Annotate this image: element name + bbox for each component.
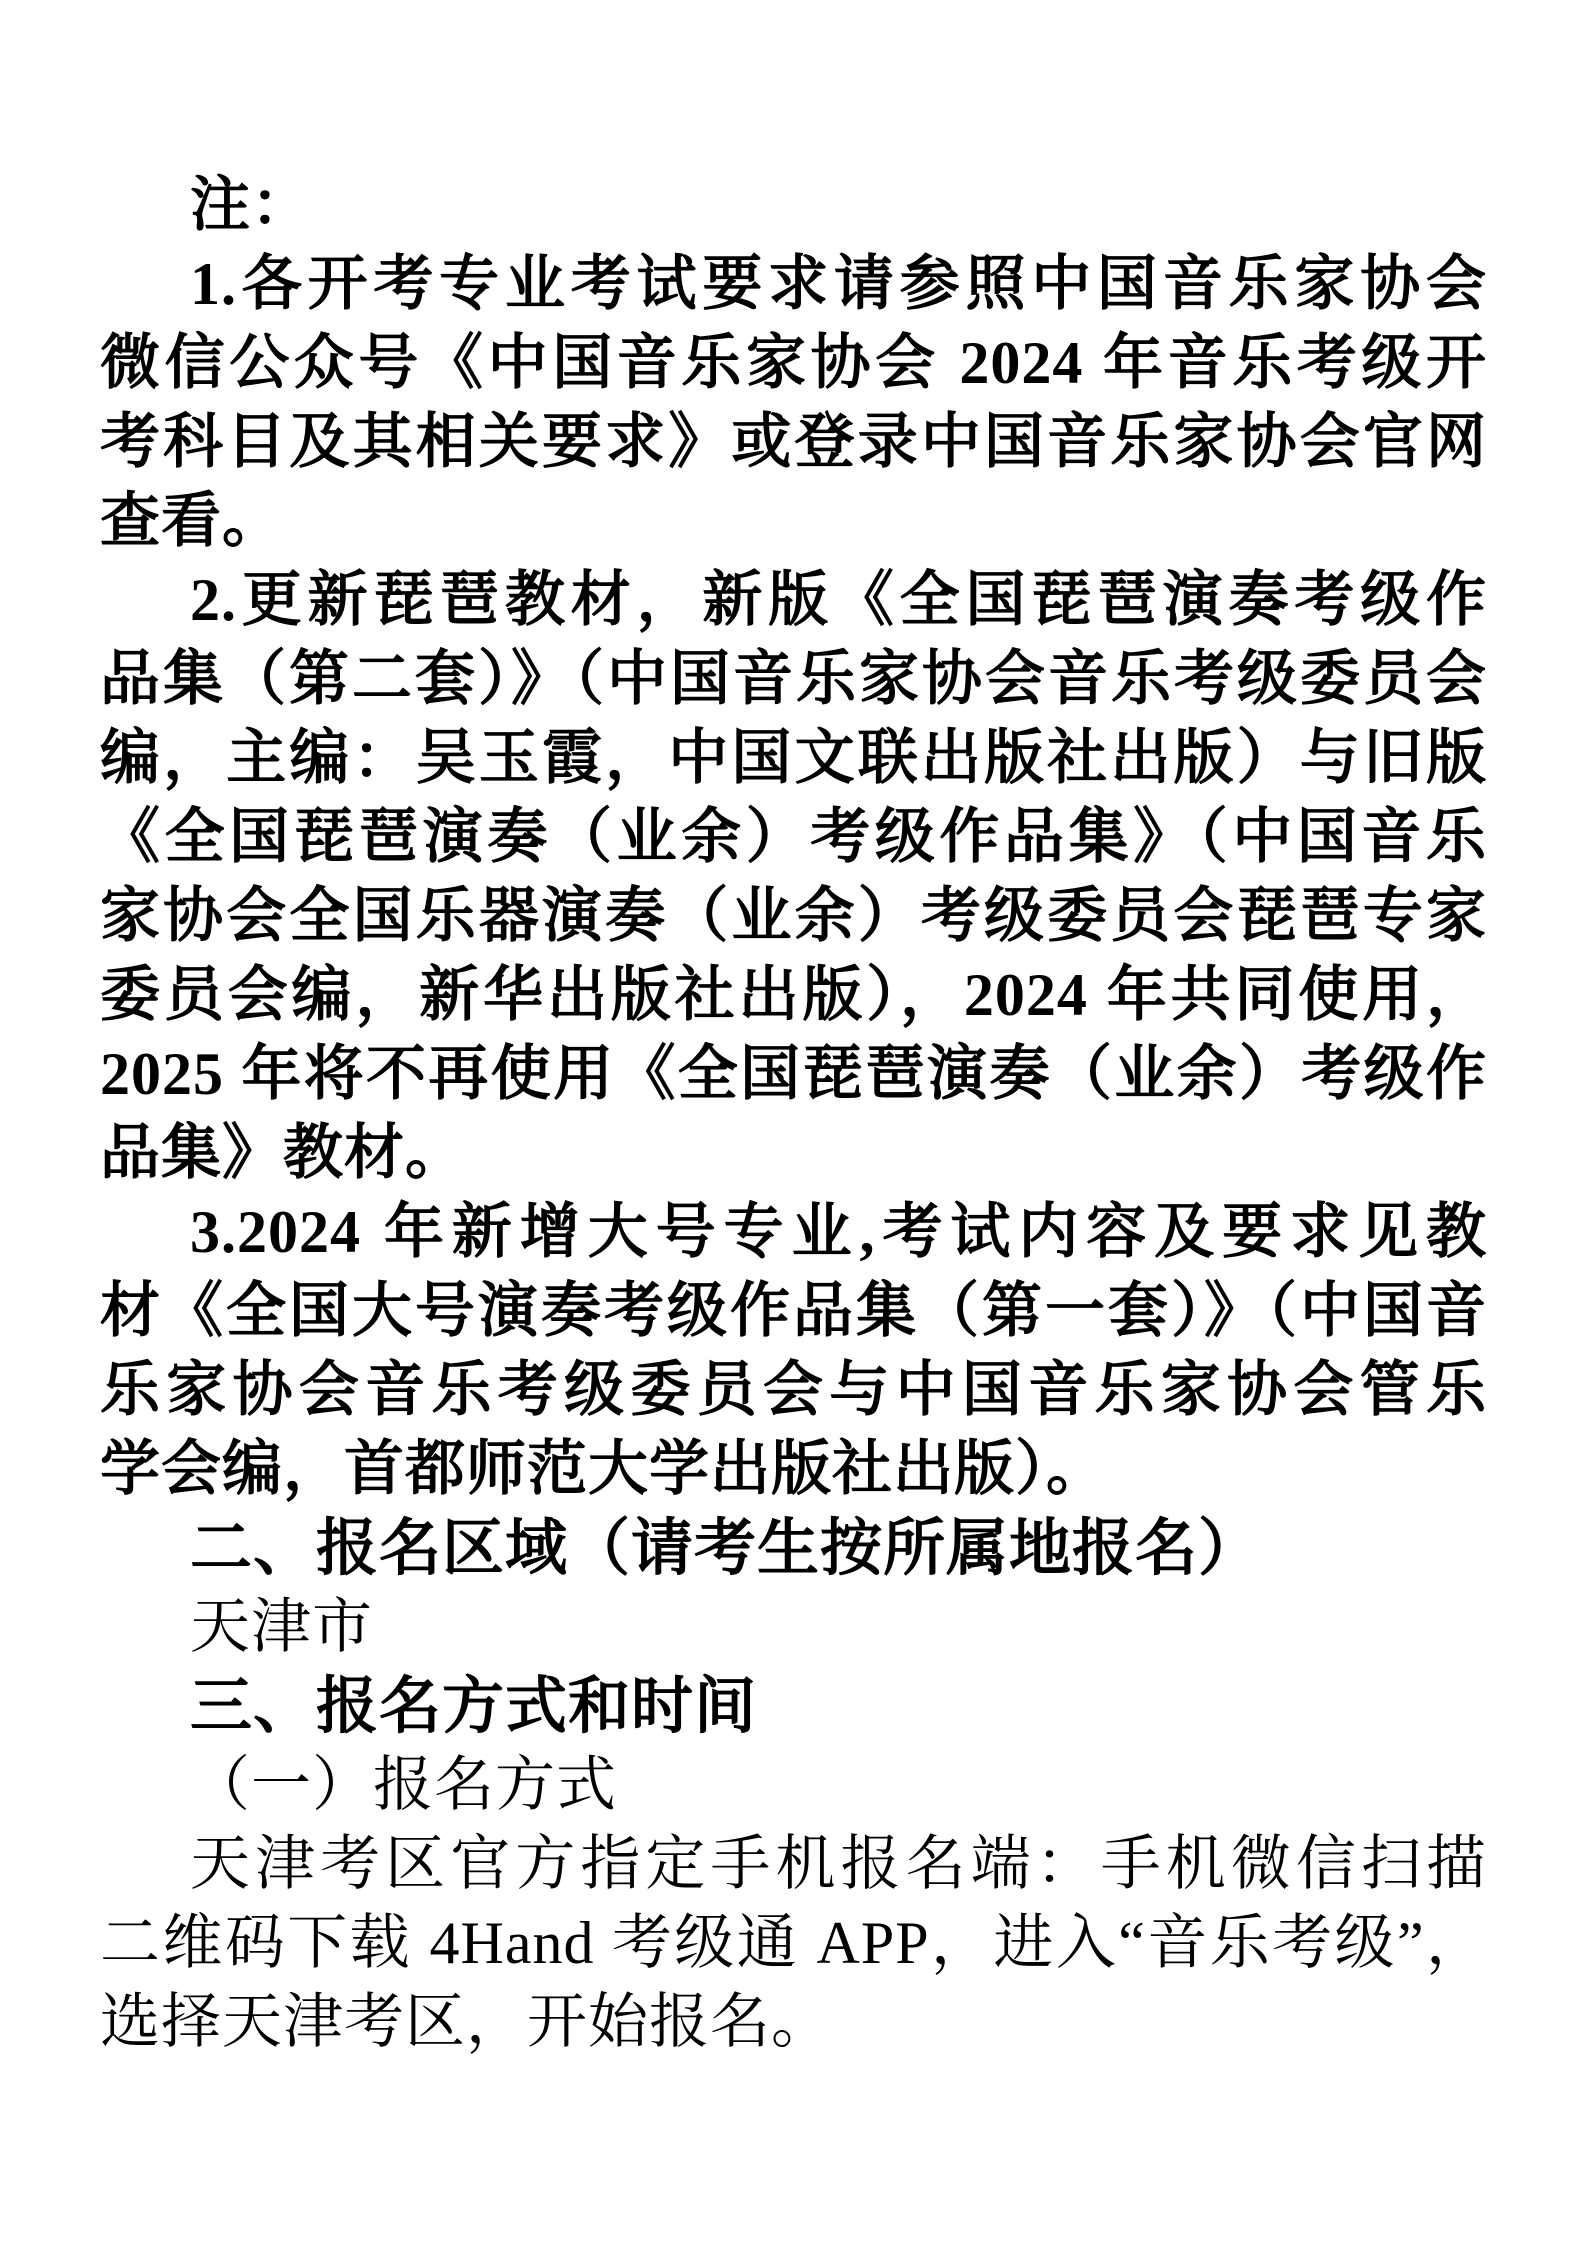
registration-method-paragraph: 天津考区官方指定手机报名端：手机微信扫描二维码下载 4Hand 考级通 APP，… — [100, 1825, 1487, 2062]
text-line: 委员会编，新华出版社出版），2024 年共同使用， — [100, 956, 1487, 1035]
region-value: 天津市 — [100, 1588, 1487, 1667]
text-line: 天津市 — [100, 1588, 1487, 1667]
section-heading-line: 三、报名方式和时间 — [100, 1667, 1487, 1746]
text-line: 二维码下载 4Hand 考级通 APP，进入“音乐考级”， — [100, 1904, 1487, 1983]
text-line: 2025 年将不再使用《全国琵琶演奏（业余）考级作 — [100, 1035, 1487, 1114]
text-line: 天津考区官方指定手机报名端：手机微信扫描 — [100, 1825, 1487, 1904]
note-1: 1.各开考专业考试要求请参照中国音乐家协会微信公众号《中国音乐家协会 2024 … — [100, 245, 1487, 561]
text-line: 编，主编：吴玉霞，中国文联出版社出版）与旧版 — [100, 719, 1487, 798]
text-line: 查看。 — [100, 482, 1487, 561]
note-3: 3.2024 年新增大号专业,考试内容及要求见教材《全国大号演奏考级作品集（第一… — [100, 1193, 1487, 1509]
section-heading-3: 三、报名方式和时间 — [100, 1667, 1487, 1746]
text-line: 1.各开考专业考试要求请参照中国音乐家协会 — [100, 245, 1487, 324]
text-line: 品集（第二套）》（中国音乐家协会音乐考级委员会 — [100, 640, 1487, 719]
text-line: 《全国琵琶演奏（业余）考级作品集》（中国音乐 — [100, 798, 1487, 877]
document-page: 注：1.各开考专业考试要求请参照中国音乐家协会微信公众号《中国音乐家协会 202… — [0, 0, 1587, 2245]
text-line: （一）报名方式 — [100, 1746, 1487, 1825]
text-line: 微信公众号《中国音乐家协会 2024 年音乐考级开 — [100, 324, 1487, 403]
note-label: 注： — [100, 166, 1487, 245]
document-content: 注：1.各开考专业考试要求请参照中国音乐家协会微信公众号《中国音乐家协会 202… — [100, 166, 1487, 2062]
text-line: 选择天津考区，开始报名。 — [100, 1983, 1487, 2062]
text-line: 乐家协会音乐考级委员会与中国音乐家协会管乐 — [100, 1351, 1487, 1430]
section-heading-line: 二、报名区域（请考生按所属地报名） — [100, 1509, 1487, 1588]
note-2: 2.更新琵琶教材，新版《全国琵琶演奏考级作品集（第二套）》（中国音乐家协会音乐考… — [100, 561, 1487, 1193]
text-line: 注： — [100, 166, 1487, 245]
text-line: 2.更新琵琶教材，新版《全国琵琶演奏考级作 — [100, 561, 1487, 640]
subsection-heading-1: （一）报名方式 — [100, 1746, 1487, 1825]
text-line: 考科目及其相关要求》或登录中国音乐家协会官网 — [100, 403, 1487, 482]
section-heading-2: 二、报名区域（请考生按所属地报名） — [100, 1509, 1487, 1588]
text-line: 材《全国大号演奏考级作品集（第一套）》（中国音 — [100, 1272, 1487, 1351]
text-line: 家协会全国乐器演奏（业余）考级委员会琵琶专家 — [100, 877, 1487, 956]
text-line: 品集》教材。 — [100, 1114, 1487, 1193]
text-line: 学会编，首都师范大学出版社出版）。 — [100, 1430, 1487, 1509]
text-line: 3.2024 年新增大号专业,考试内容及要求见教 — [100, 1193, 1487, 1272]
